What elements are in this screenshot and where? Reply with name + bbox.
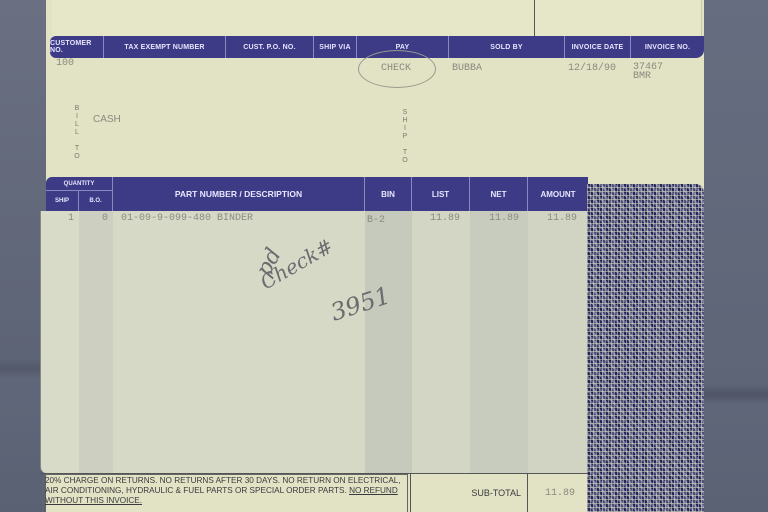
header-invoice-date: Invoice Date (565, 36, 631, 58)
items-header-bar: Quantity Ship B.O. Part Number / Descrip… (46, 177, 588, 211)
header-invoice-no: Invoice No. (631, 36, 704, 58)
header-customer-no: Customer No. (50, 36, 104, 58)
top-divider (534, 0, 535, 37)
col-list: List (412, 177, 470, 211)
invoice-no-value: 37467 BMR (633, 63, 663, 81)
pay-value: CHECK (381, 63, 411, 74)
col-bin: Bin (365, 177, 412, 211)
bill-to-label: BILLTO (73, 105, 81, 161)
header-cust-po: Cust. P.O. No. (226, 36, 314, 58)
col-ship: Ship (46, 191, 79, 211)
amount-column (528, 211, 588, 473)
quantity-group-header: Quantity (46, 177, 113, 191)
security-pattern-block (587, 184, 704, 512)
row-list: 11.89 (430, 213, 460, 224)
row-bin: B-2 (367, 215, 385, 226)
subtotal-value: 11.89 (545, 488, 575, 499)
invoice-no-suffix: BMR (633, 72, 663, 81)
col-bo: B.O. (79, 191, 113, 211)
bo-column (79, 211, 113, 473)
row-ship: 1 (68, 213, 74, 224)
row-bo: 0 (102, 213, 108, 224)
net-column (470, 211, 528, 473)
ship-column (40, 211, 79, 473)
col-amount: Amount (528, 177, 588, 211)
ship-to-label: SHIPTO (401, 109, 409, 165)
floor-background-right (702, 0, 768, 512)
row-description: 01-09-9-099-480 BINDER (121, 213, 253, 224)
invoice-top-section (52, 0, 702, 37)
header-ship-via: Ship Via (314, 36, 357, 58)
customer-no-value: 100 (56, 58, 74, 69)
sold-by-value: BUBBA (452, 63, 482, 74)
header-sold-by: Sold By (449, 36, 565, 58)
bill-to-value: CASH (93, 114, 121, 125)
row-amount: 11.89 (547, 213, 577, 224)
return-terms: 20% CHARGE ON RETURNS. NO RETURNS AFTER … (42, 474, 408, 512)
col-net: Net (470, 177, 528, 211)
subtotal-label: SUB-TOTAL (410, 474, 528, 512)
terms-text: 20% CHARGE ON RETURNS. NO RETURNS AFTER … (45, 476, 401, 495)
invoice-date-value: 12/18/90 (568, 63, 616, 74)
header-tax-exempt: Tax Exempt Number (104, 36, 226, 58)
list-column (412, 211, 470, 473)
bin-column (365, 211, 412, 473)
col-description: Part Number / Description (113, 177, 365, 211)
row-net: 11.89 (489, 213, 519, 224)
